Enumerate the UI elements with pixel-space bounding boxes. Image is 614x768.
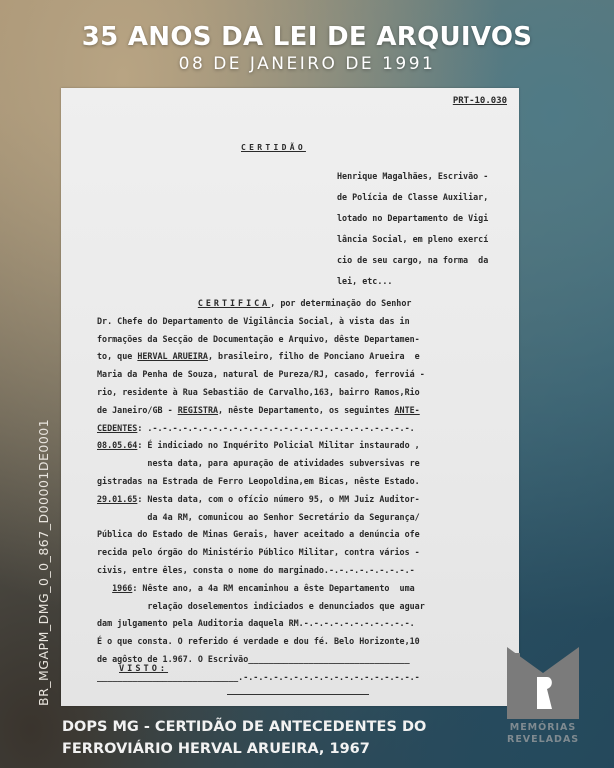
preamble-line: Henrique Magalhães, Escrivão - xyxy=(337,166,517,187)
body-line: Dr. Chefe do Departamento de Vigilância … xyxy=(97,313,517,331)
document-preamble: Henrique Magalhães, Escrivão -de Polícia… xyxy=(337,166,517,292)
preamble-line: cio de seu cargo, na forma da xyxy=(337,250,517,271)
document-title: CERTIDÃO xyxy=(241,143,306,152)
page-title: 35 ANOS DA LEI DE ARQUIVOS xyxy=(0,22,614,52)
header: 35 ANOS DA LEI DE ARQUIVOS 08 DE JANEIRO… xyxy=(0,22,614,74)
caption-line-2: FERROVIÁRIO HERVAL ARUEIRA, 1967 xyxy=(62,738,426,760)
memorias-reveladas-logo: MEMÓRIAS REVELADAS xyxy=(507,647,579,746)
body-line: CERTIFICA, por determinação do Senhor xyxy=(97,295,517,313)
body-line: rio, residente à Rua Sebastião de Carval… xyxy=(97,384,517,402)
body-line: nesta data, para apuração de atividades … xyxy=(97,455,517,473)
body-line: recida pelo órgão do Ministério Público … xyxy=(97,544,517,562)
body-line: da 4a RM, comunicou ao Senhor Secretário… xyxy=(97,509,517,527)
body-line: civis, entre êles, consta o nome do marg… xyxy=(97,562,517,580)
body-line: 1966: Nêste ano, a 4a RM encaminhou a ês… xyxy=(97,580,517,598)
body-line: Pública do Estado de Minas Gerais, haver… xyxy=(97,526,517,544)
archive-code: BR_MGAPM_DMG_0_0_867_D00001DE0001 xyxy=(36,419,51,706)
visto-label: VISTO: xyxy=(119,664,168,674)
preamble-line: lância Social, em pleno exercí xyxy=(337,229,517,250)
logo-text: MEMÓRIAS REVELADAS xyxy=(507,722,579,746)
body-line: É o que consta. O referido é verdade e d… xyxy=(97,633,517,651)
preamble-line: lotado no Departamento de Vigi xyxy=(337,208,517,229)
body-line: CEDENTES: .-.-.-.-.-.-.-.-.-.-.-.-.-.-.-… xyxy=(97,420,517,438)
memorias-reveladas-logo-icon xyxy=(507,647,579,719)
caption-line-1: DOPS MG - CERTIDÃO DE ANTECEDENTES DO xyxy=(62,716,426,738)
body-line: gistradas na Estrada de Ferro Leopoldina… xyxy=(97,473,517,491)
body-line: 08.05.64: É indiciado no Inquérito Polic… xyxy=(97,437,517,455)
body-line: Maria da Penha de Souza, natural de Pure… xyxy=(97,366,517,384)
document-reference: PRT-10.030 xyxy=(453,96,507,106)
body-line: dam julgamento pela Auditoria daquela RM… xyxy=(97,615,517,633)
body-line: to, que HERVAL ARUEIRA, brasileiro, filh… xyxy=(97,348,517,366)
page-subtitle: 08 DE JANEIRO DE 1991 xyxy=(0,54,614,74)
body-line: de Janeiro/GB - REGISTRA, nêste Departam… xyxy=(97,402,517,420)
caption: DOPS MG - CERTIDÃO DE ANTECEDENTES DO FE… xyxy=(62,716,426,760)
body-line: formações da Secção de Documentação e Ar… xyxy=(97,331,517,349)
body-line: 29.01.65: Nesta data, com o ofício númer… xyxy=(97,491,517,509)
signature-line xyxy=(227,694,369,695)
body-line: relação doselementos indiciados e denunc… xyxy=(97,598,517,616)
preamble-line: lei, etc... xyxy=(337,271,517,292)
document-scan: PRT-10.030 CERTIDÃO Henrique Magalhães, … xyxy=(61,88,519,706)
preamble-line: de Polícia de Classe Auxiliar, xyxy=(337,187,517,208)
document-body: CERTIFICA, por determinação do SenhorDr.… xyxy=(97,295,517,687)
